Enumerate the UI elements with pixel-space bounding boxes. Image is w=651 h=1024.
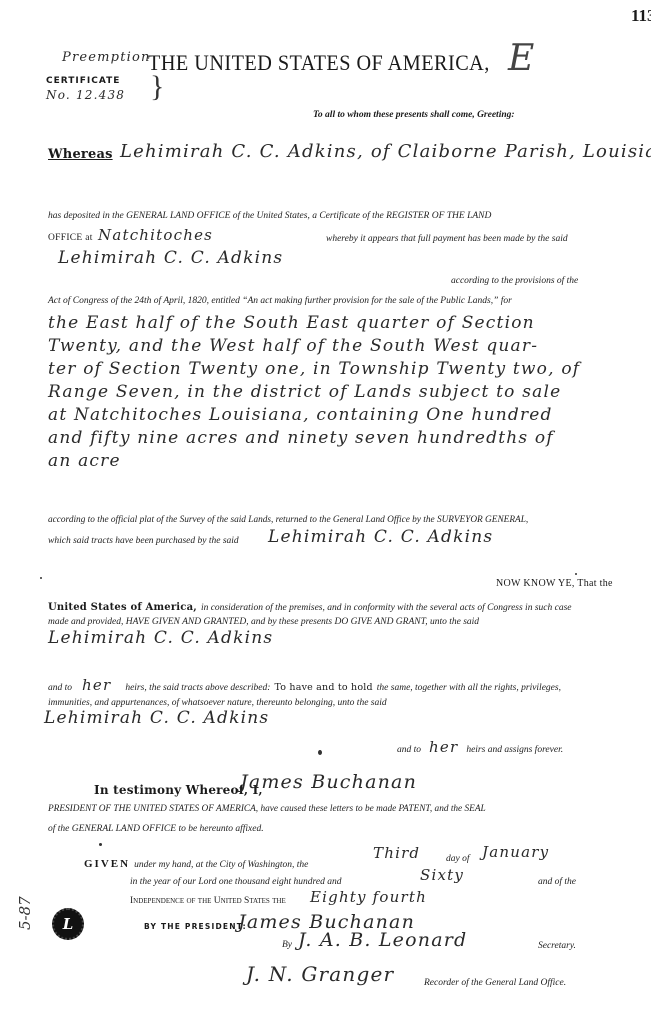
pronoun: her [82,676,111,694]
grant-line-1: United States of America, in considerati… [48,597,571,615]
given-line-1-text: under my hand, at the City of Washington… [134,860,308,870]
heirs-line: and to her heirs, the said tracts above … [48,676,561,695]
grant-line-1-rest: in consideration of the premises, and in… [201,603,572,613]
corner-mark: E [508,38,535,79]
grantee-name-3: Lehimirah C. C. Adkins [48,628,273,648]
usa-lead: United States of America, [48,602,197,613]
day-of-text: day of [446,854,469,864]
recorder-signature: J. N. Granger [246,962,394,986]
seal-glyph: L [63,915,74,933]
testimony-line-1: PRESIDENT OF THE UNITED STATES OF AMERIC… [48,804,486,814]
survey-line-2: which said tracts have been purchased by… [48,536,239,546]
recorder-title: Recorder of the General Land Office. [424,978,566,988]
document-title: THE UNITED STATES OF AMERICA, [148,50,490,76]
ink-speck [99,843,102,846]
land-description-line: at Natchitoches Louisiana, containing On… [48,404,580,427]
habendum-lead: To have and to hold [274,682,372,693]
grantee-with-residence: Lehimirah C. C. Adkins, of Claiborne Par… [120,141,651,162]
certificate-label: CERTIFICATE [46,76,120,86]
assigns-prefix: and to [397,745,421,755]
margin-note: 5-87 [16,896,34,930]
independence-year: Eighty fourth [310,888,427,906]
page-number: 113 [631,6,651,26]
deposit-line-2: whereby it appears that full payment has… [326,234,568,244]
grantee-name-2: Lehimirah C. C. Adkins [268,527,493,547]
patent-type-label: Preemption [62,50,151,65]
secretary-signature: J. A. B. Leonard [298,929,467,951]
assigns-suffix: heirs and assigns forever. [466,745,563,755]
assigns-pronoun: her [429,738,458,756]
certificate-number: No. 12.438 [46,88,125,102]
grant-line-2: made and provided, HAVE GIVEN AND GRANTE… [48,617,479,627]
heirs-line-rest: heirs, the said tracts above described: [125,683,270,693]
by-label: By [282,940,292,950]
given-lead: GIVEN [84,858,130,870]
ink-speck [40,577,42,579]
land-description-line: the East half of the South East quarter … [48,312,580,335]
act-of-congress-line: Act of Congress of the 24th of April, 18… [48,296,512,306]
testimony-lead: In testimony Whereof, I, [94,783,263,797]
given-line-1: GIVEN under my hand, at the City of Wash… [84,854,308,872]
secretary-title: Secretary. [538,941,576,951]
by-the-president-label: BY THE PRESIDENT: [144,922,247,931]
whereas-lead: Whereas [48,147,113,162]
given-year-word: Sixty [420,866,464,884]
land-office-location: Natchitoches [98,226,213,244]
president-name: James Buchanan [240,771,417,793]
brace-mark: } [150,70,164,104]
given-month: January [482,843,549,861]
immunities-line: immunities, and appurtenances, of whatso… [48,698,387,708]
given-line-2: in the year of our Lord one thousand eig… [130,877,341,887]
land-description: the East half of the South East quarter … [48,312,580,473]
land-description-line: Twenty, and the West half of the South W… [48,335,580,358]
land-description-line: ter of Section Twenty one, in Township T… [48,358,580,381]
grantee-name-4: Lehimirah C. C. Adkins [44,708,269,728]
deposit-line-1: has deposited in the GENERAL LAND OFFICE… [48,211,491,221]
habendum-text: the same, together with all the rights, … [377,683,561,693]
given-line-3: Independence of the United States the [130,896,286,906]
now-know-ye: NOW KNOW YE, That the [496,578,613,589]
seal-icon: L [52,908,84,940]
now-know-ye-text: NOW KNOW YE, That the [496,578,613,589]
greeting: To all to whom these presents shall come… [313,110,515,120]
land-description-line: and fifty nine acres and ninety seven hu… [48,427,580,450]
office-prefix: OFFICE at [48,233,93,243]
ink-speck [575,573,577,575]
grantee-name-1: Lehimirah C. C. Adkins [58,248,283,268]
land-description-line: an acre [48,450,580,473]
assigns-line: and to her heirs and assigns forever. [397,738,563,757]
given-day: Third [373,844,420,862]
testimony-line-2: of the GENERAL LAND OFFICE to be hereunt… [48,824,264,834]
provisions-text: according to the provisions of the [451,276,578,286]
and-to-text: and to [48,683,72,693]
land-description-line: Range Seven, in the district of Lands su… [48,381,580,404]
survey-line-1: according to the official plat of the Su… [48,515,528,525]
ink-speck [318,750,322,755]
and-of-the-text: and of the [538,877,576,887]
